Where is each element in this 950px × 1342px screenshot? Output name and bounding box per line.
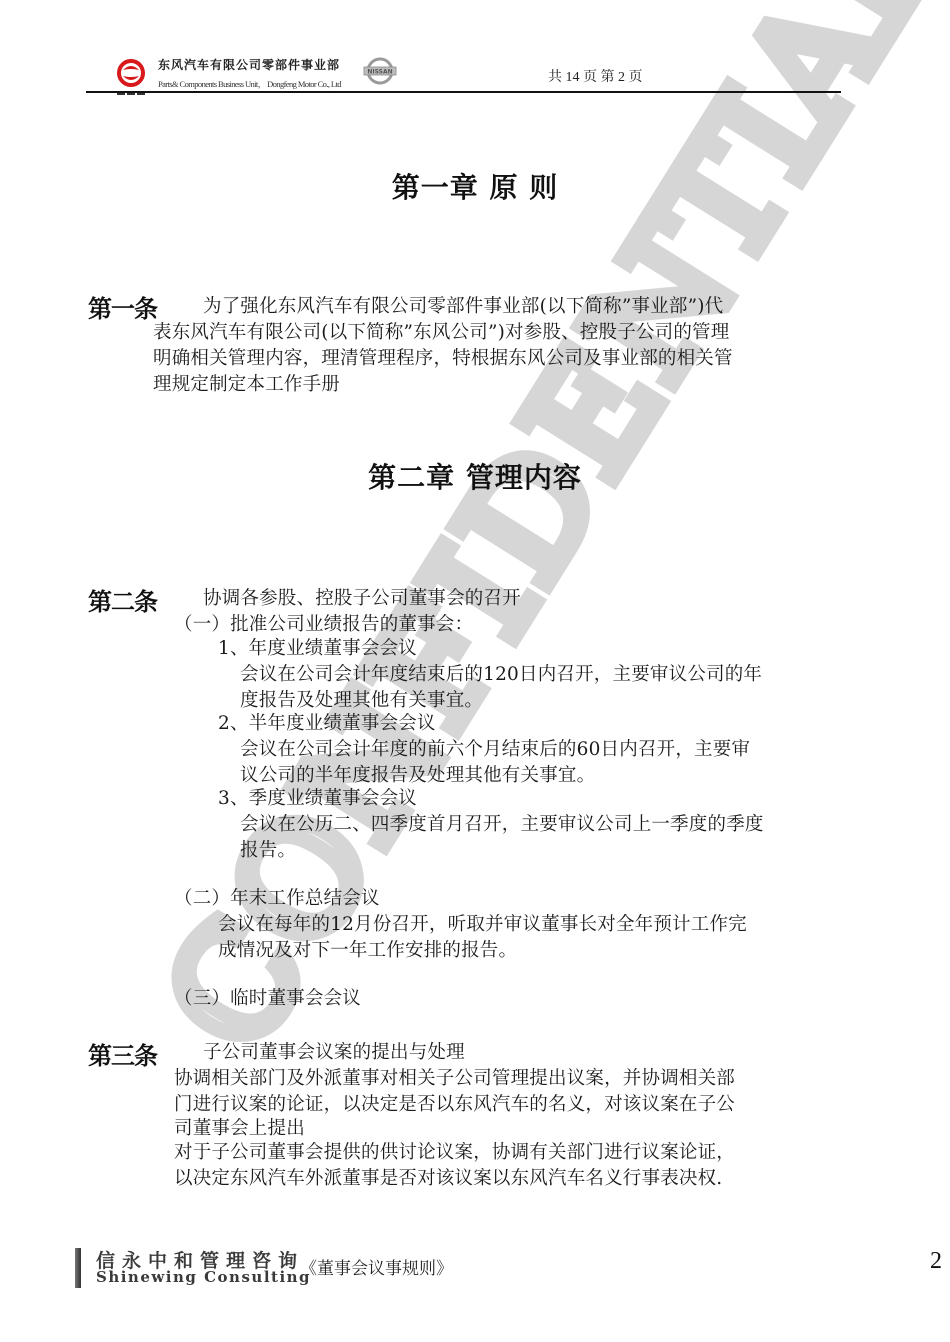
chapter-1-title: 第一章 原 则 (0, 166, 950, 206)
item-3-line: 报告。 (240, 838, 296, 864)
section-2-title: （二）年末工作总结会议 (174, 886, 380, 912)
item-2-title: 2、半年度业绩董事会会议 (218, 711, 436, 737)
footer-page-number: 2 (930, 1248, 942, 1275)
article-2-label: 第二条 (88, 582, 157, 617)
svg-text:NISSAN: NISSAN (367, 69, 392, 76)
article-1-line: 明确相关管理内容，理清管理程序，特根据东风公司及事业部的相关管 (153, 346, 733, 372)
header-page-info: 共 14 页 第 2 页 (548, 66, 643, 86)
article-3-heading: 子公司董事会议案的提出与处理 (203, 1040, 465, 1066)
article-1-line: 理规定制定本工作手册 (153, 372, 340, 398)
item-3-title: 3、季度业绩董事会会议 (218, 786, 417, 812)
footer-accent-bar (75, 1248, 81, 1288)
header-divider (86, 91, 841, 93)
nissan-logo-icon: NISSAN (362, 56, 398, 86)
item-2-line: 会议在公司会计年度的前六个月结束后的60日内召开，主要审 (240, 737, 750, 763)
article-3-line: 以决定东风汽车外派董事是否对该议案以东风汽车名义行事表决权. (174, 1166, 722, 1192)
header-company-cn: 东风汽车有限公司零部件事业部 (158, 56, 340, 73)
section-1-title: （一）批准公司业绩报告的董事会： (174, 612, 473, 638)
section-2-line: 成情况及对下一年工作安排的报告。 (218, 938, 517, 964)
section-3-title: （三）临时董事会会议 (174, 986, 361, 1012)
article-1-line: 为了强化东风汽车有限公司零部件事业部(以下简称”事业部”)代 (203, 294, 723, 320)
footer-doc-title: 《董事会议事规则》 (300, 1254, 453, 1279)
article-3-label: 第三条 (88, 1036, 157, 1071)
article-3-line: 司董事会上提出 (174, 1116, 305, 1142)
article-3-line: 对于子公司董事会提供的供讨论议案，协调有关部门进行议案论证， (174, 1140, 735, 1166)
item-1-title: 1、年度业绩董事会会议 (218, 636, 417, 662)
article-2-heading: 协调各参股、控股子公司董事会的召开 (203, 586, 521, 612)
chapter-2-title: 第二章 管理内容 (0, 456, 950, 496)
article-3-line: 协调相关部门及外派董事对相关子公司管理提出议案，并协调相关部 (174, 1066, 735, 1092)
header-company-en: Parts& Components Business Unit， Dongfen… (158, 78, 341, 90)
item-3-line: 会议在公历二、四季度首月召开，主要审议公司上一季度的季度 (240, 812, 764, 838)
section-2-line: 会议在每年的12月份召开，听取并审议董事长对全年预计工作完 (218, 912, 747, 938)
article-1-label: 第一条 (88, 289, 157, 324)
footer-brand-en: Shinewing Consulting (96, 1268, 311, 1286)
article-3-line: 门进行议案的论证，以决定是否以东风汽车的名义，对该议案在子公 (174, 1092, 735, 1118)
item-1-line: 会议在公司会计年度结束后的120日内召开，主要审议公司的年 (240, 662, 762, 688)
article-1-line: 表东风汽车有限公司(以下简称”东风公司”)对参股、控股子公司的管理 (153, 320, 729, 346)
